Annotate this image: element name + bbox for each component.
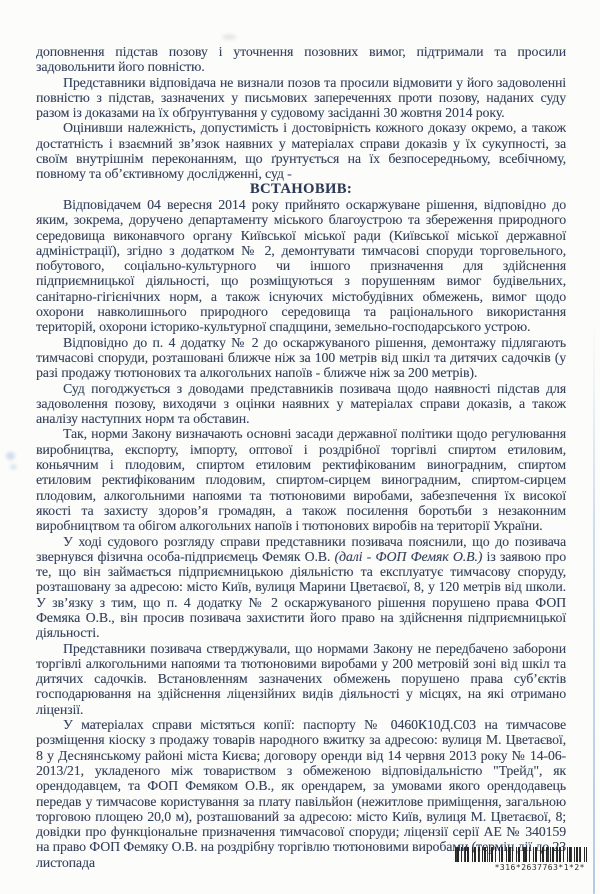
document-body: доповнення підстав позову і уточнення по… <box>36 44 566 870</box>
paragraph-claim-continuation: доповнення підстав позову і уточнення по… <box>36 44 566 75</box>
paragraph-court-agrees: Суд погоджується з доводами представникі… <box>36 381 566 427</box>
paragraph-law-principles: Так, норми Закону визначають основні зас… <box>36 426 566 533</box>
femiak-alias-italic: (далі - ФОП Фемяк О.В.) <box>335 549 483 564</box>
scan-artifact-smudge <box>6 452 15 460</box>
scan-artifact-smudge <box>222 34 236 40</box>
section-heading-vstanoviv: ВСТАНОВИВ: <box>36 182 566 197</box>
barcode: *316*2637763*1*2* <box>455 847 587 872</box>
barcode-value: *316*2637763*1*2* <box>455 863 587 872</box>
paragraph-femiak-statement: У ході судового розгляду справи представ… <box>36 534 566 641</box>
paragraph-annex-point-4: Відповідно до п. 4 додатку № 2 до оскарж… <box>36 335 566 381</box>
document-page: доповнення підстав позову і уточнення по… <box>0 0 600 894</box>
paragraph-plaintiff-arguments: Представники позивача стверджували, що н… <box>36 641 566 717</box>
paragraph-contested-decision: Відповідачем 04 вересня 2014 року прийня… <box>36 197 566 335</box>
paragraph-evidence-assessment: Оцінивши належність, допустимість і дост… <box>36 120 566 181</box>
paragraph-defendant-position: Представники відповідача не визнали позо… <box>36 75 566 121</box>
scan-edge-shadow <box>593 320 595 894</box>
barcode-bars-icon <box>455 847 587 862</box>
scan-artifact-smudge <box>10 464 17 470</box>
